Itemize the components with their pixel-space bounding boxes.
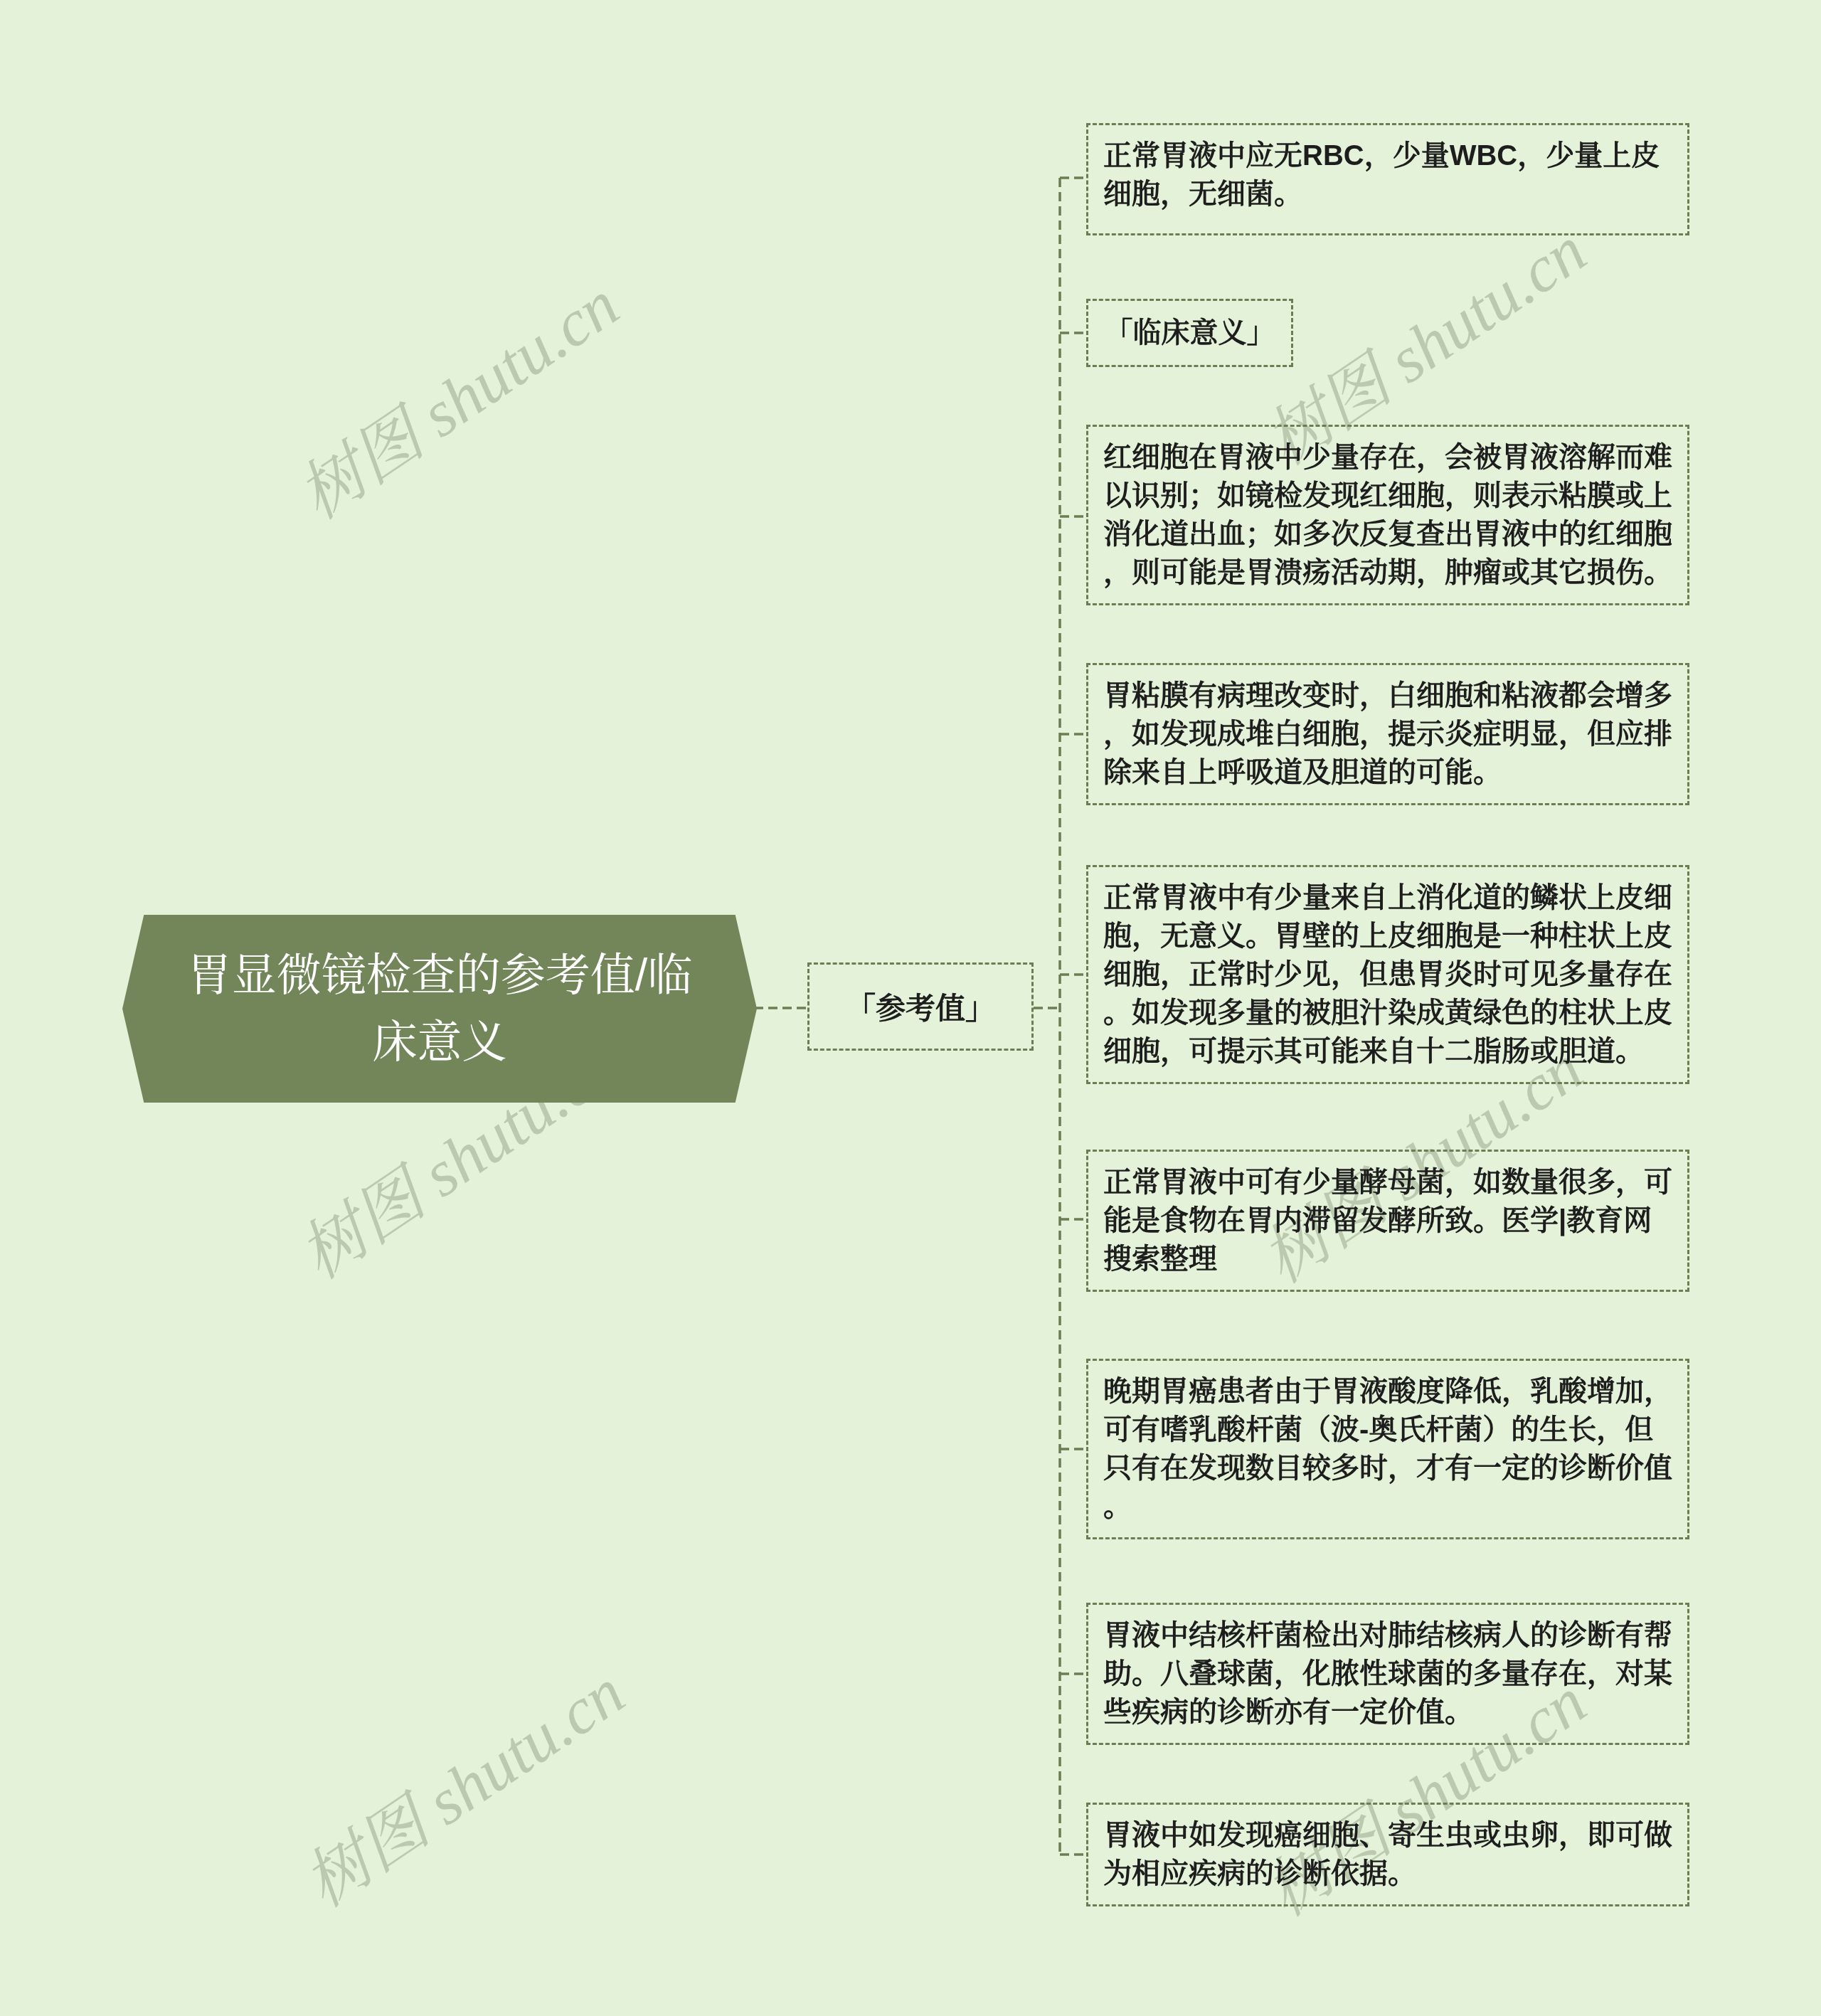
mindmap-canvas: 树图 shutu.cn 树图 shutu.cn 树图 shutu.cn 树图 s…	[0, 0, 1821, 2016]
leaf-node-clinical-significance[interactable]: 「临床意义」	[1086, 299, 1293, 367]
leaf-node-normal-findings[interactable]: 正常胃液中应无RBC，少量WBC，少量上皮细胞，无细菌。	[1086, 123, 1689, 235]
leaf-node-epithelial-cells[interactable]: 正常胃液中有少量来自上消化道的鳞状上皮细胞，无意义。胃壁的上皮细胞是一种柱状上皮…	[1086, 865, 1689, 1084]
leaf-node-lactobacillus[interactable]: 晚期胃癌患者由于胃液酸度降低，乳酸增加，可有嗜乳酸杆菌（波-奥氏杆菌）的生长，但…	[1086, 1359, 1689, 1539]
branch-node-reference-value[interactable]: 「参考值」	[807, 962, 1034, 1051]
root-topic-node[interactable]: 胃显微镜检查的参考值/临床意义	[122, 915, 757, 1103]
leaf-node-yeast[interactable]: 正常胃液中可有少量酵母菌，如数量很多，可能是食物在胃内滞留发酵所致。医学|教育网…	[1086, 1150, 1689, 1292]
leaf-node-wbc-mucus[interactable]: 胃粘膜有病理改变时，白细胞和粘液都会增多，如发现成堆白细胞，提示炎症明显，但应排…	[1086, 663, 1689, 805]
leaf-node-tuberculosis-bacteria[interactable]: 胃液中结核杆菌检出对肺结核病人的诊断有帮助。八叠球菌，化脓性球菌的多量存在，对某…	[1086, 1603, 1689, 1745]
leaf-node-rbc[interactable]: 红细胞在胃液中少量存在，会被胃液溶解而难以识别；如镜检发现红细胞，则表示粘膜或上…	[1086, 425, 1689, 605]
leaf-node-cancer-cells-parasites[interactable]: 胃液中如发现癌细胞、寄生虫或虫卵，即可做为相应疾病的诊断依据。	[1086, 1803, 1689, 1906]
root-topic-label: 胃显微镜检查的参考值/临床意义	[178, 942, 701, 1076]
